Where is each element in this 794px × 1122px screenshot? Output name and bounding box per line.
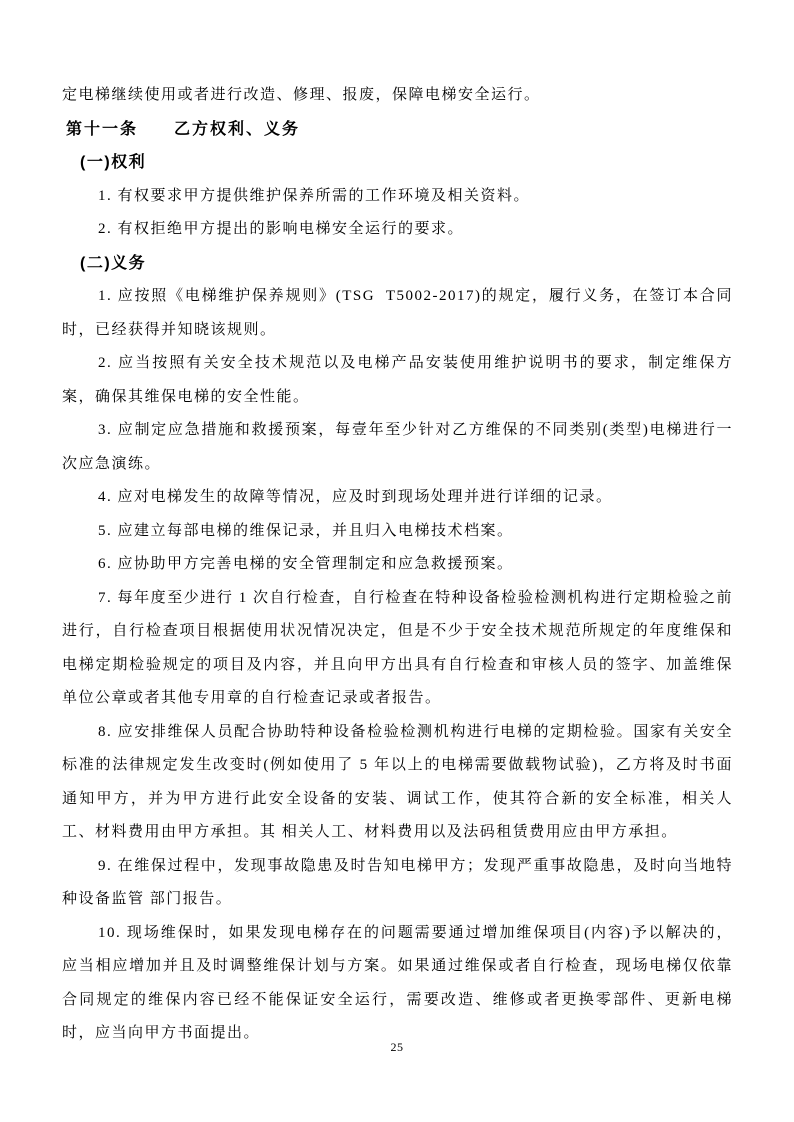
- obligation-item-1: 1. 应按照《电梯维护保养规则》(TSG T5002-2017)的规定，履行义务…: [62, 280, 733, 347]
- obligation-item-6: 6. 应协助甲方完善电梯的安全管理制定和应急救援预案。: [62, 548, 733, 582]
- document-page: 定电梯继续使用或者进行改造、修理、报废，保障电梯安全运行。 第十一条 乙方权利、…: [0, 0, 794, 1122]
- subheading-rights: (一)权利: [62, 146, 733, 180]
- rights-item-1: 1. 有权要求甲方提供维护保养所需的工作环境及相关资料。: [62, 180, 733, 214]
- obligation-item-2: 2. 应当按照有关安全技术规范以及电梯产品安装使用维护说明书的要求，制定维保方案…: [62, 347, 733, 414]
- obligation-item-10: 10. 现场维保时，如果发现电梯存在的问题需要通过增加维保项目(内容)予以解决的…: [62, 917, 733, 1051]
- page-number: 25: [0, 1038, 794, 1056]
- subheading-obligations: (二)义务: [62, 247, 733, 281]
- paragraph-continuation: 定电梯继续使用或者进行改造、修理、报废，保障电梯安全运行。: [62, 79, 733, 113]
- document-body: 定电梯继续使用或者进行改造、修理、报废，保障电梯安全运行。 第十一条 乙方权利、…: [62, 79, 733, 1051]
- article-11-heading: 第十一条 乙方权利、义务: [62, 113, 733, 147]
- rights-item-2: 2. 有权拒绝甲方提出的影响电梯安全运行的要求。: [62, 213, 733, 247]
- obligation-item-8: 8. 应安排维保人员配合协助特种设备检验检测机构进行电梯的定期检验。国家有关安全…: [62, 716, 733, 850]
- obligation-item-3: 3. 应制定应急措施和救援预案，每壹年至少针对乙方维保的不同类别(类型)电梯进行…: [62, 414, 733, 481]
- obligation-item-4: 4. 应对电梯发生的故障等情况，应及时到现场处理并进行详细的记录。: [62, 481, 733, 515]
- obligation-item-5: 5. 应建立每部电梯的维保记录，并且归入电梯技术档案。: [62, 515, 733, 549]
- obligation-item-7: 7. 每年度至少进行 1 次自行检查，自行检查在特种设备检验检测机构进行定期检验…: [62, 582, 733, 716]
- obligation-item-9: 9. 在维保过程中，发现事故隐患及时告知电梯甲方；发现严重事故隐患，及时向当地特…: [62, 850, 733, 917]
